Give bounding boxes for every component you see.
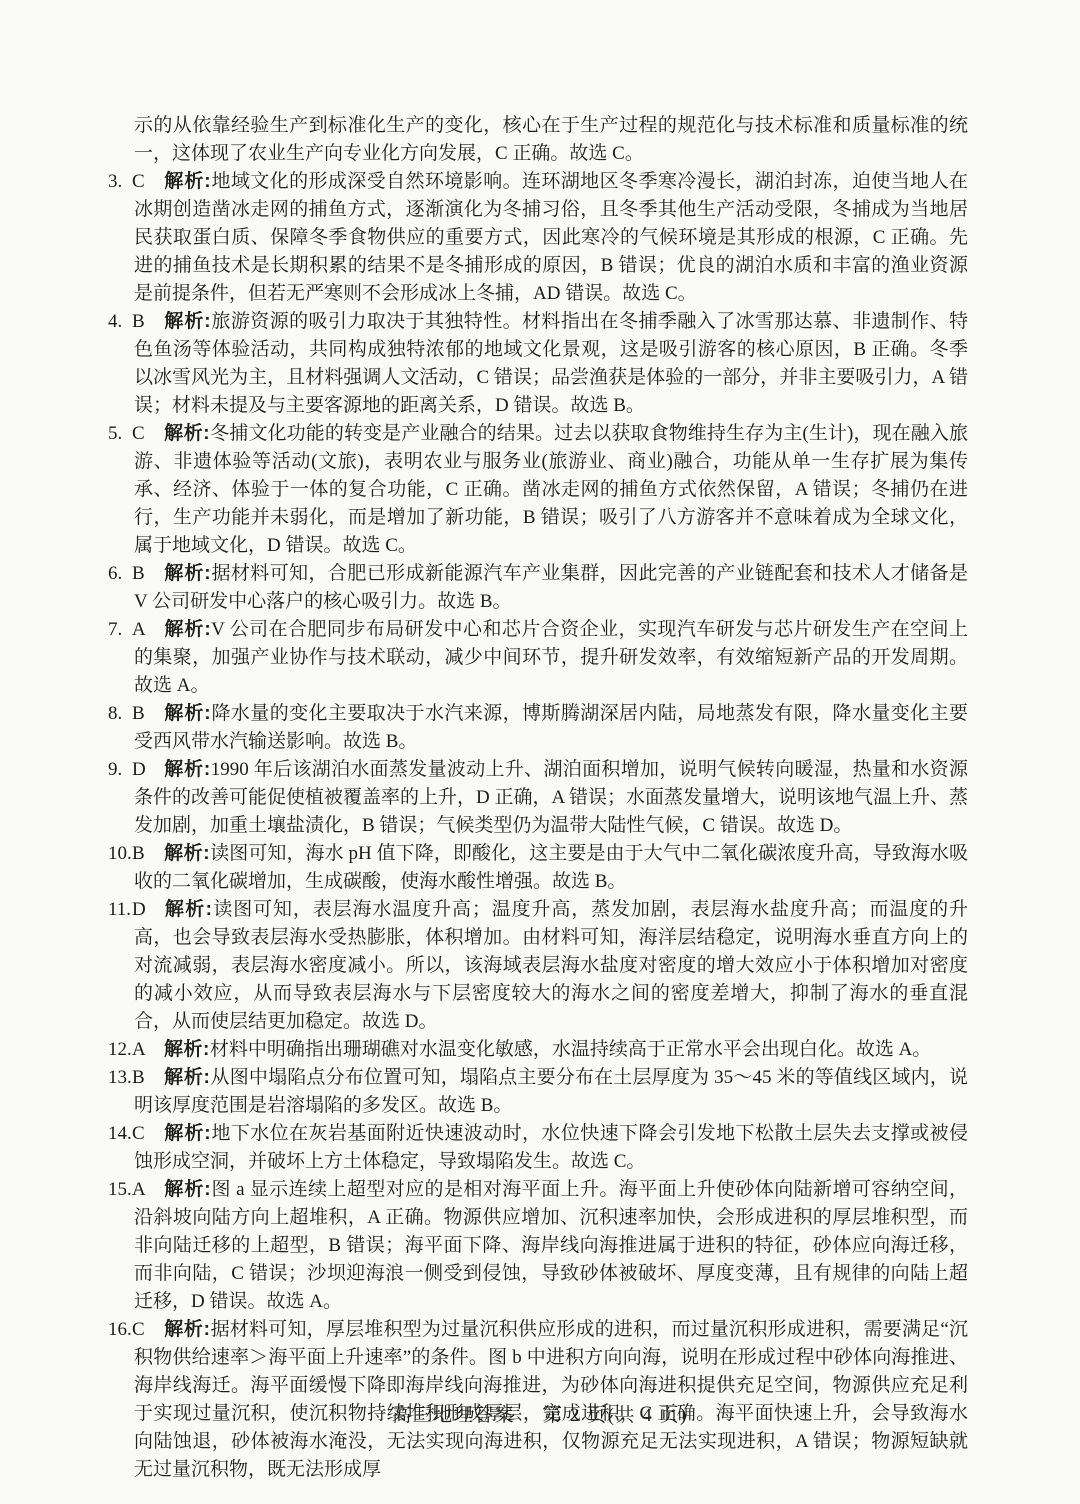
continuation-text: 示的从依靠经验生产到标准化生产的变化，核心在于生产过程的规范化与技术标准和质量标… — [134, 115, 968, 164]
answer-item-14: 14.C解析:地下水位在灰岩基面附近快速波动时，水位快速下降会引发地下松散土层失… — [108, 1120, 968, 1176]
answer-choice: A — [132, 616, 148, 644]
answer-item-6: 6.B解析:据材料可知，合肥已形成新能源汽车产业集群，因此完善的产业链配套和技术… — [108, 560, 968, 616]
item-number: 10. — [108, 840, 132, 868]
answer-item-4: 4.B解析:旅游资源的吸引力取决于其独特性。材料指出在冬捕季融入了冰雪那达慕、非… — [108, 308, 968, 420]
explanation-text: 材料中明确指出珊瑚礁对水温变化敏感，水温持续高于正常水平会出现白化。故选 A。 — [210, 1039, 931, 1060]
explanation-text: 读图可知，表层海水温度升高；温度升高，蒸发加剧，表层海水盐度升高；而温度的升高，… — [134, 899, 968, 1032]
answer-choice: B — [132, 1064, 148, 1092]
item-number: 16. — [108, 1316, 132, 1344]
analysis-label: 解析: — [164, 423, 210, 444]
analysis-label: 解析: — [164, 619, 211, 640]
answer-choice: C — [132, 420, 148, 448]
answer-choice: A — [132, 1036, 148, 1064]
answers-section: 示的从依靠经验生产到标准化生产的变化，核心在于生产过程的规范化与技术标准和质量标… — [108, 112, 968, 1484]
answer-choice: C — [132, 1120, 148, 1148]
answer-item-5: 5.C解析:冬捕文化功能的转变是产业融合的结果。过去以获取食物维持生存为主(生计… — [108, 420, 968, 560]
item-number: 12. — [108, 1036, 132, 1064]
answer-item-10: 10.B解析:读图可知，海水 pH 值下降，即酸化，这主要是由于大气中二氧化碳浓… — [108, 840, 968, 896]
item-number: 5. — [108, 420, 132, 448]
page-footer: 高三地理答案第 2 页(共 4 页) — [0, 1400, 1080, 1427]
analysis-label: 解析: — [164, 1067, 210, 1088]
answer-sheet-page: 示的从依靠经验生产到标准化生产的变化，核心在于生产过程的规范化与技术标准和质量标… — [0, 0, 1080, 1504]
answer-item-7: 7.A解析:V 公司在合肥同步布局研发中心和芯片合资企业，实现汽车研发与芯片研发… — [108, 616, 968, 700]
explanation-text: 冬捕文化功能的转变是产业融合的结果。过去以获取食物维持生存为主(生计)，现在融入… — [134, 423, 968, 556]
item-number: 3. — [108, 168, 132, 196]
answer-choice: B — [132, 700, 148, 728]
item-number: 4. — [108, 308, 132, 336]
analysis-label: 解析: — [164, 899, 212, 920]
analysis-label: 解析: — [164, 703, 211, 724]
answer-item-13: 13.B解析:从图中塌陷点分布位置可知，塌陷点主要分布在土层厚度为 35～45 … — [108, 1064, 968, 1120]
analysis-label: 解析: — [164, 1039, 210, 1060]
item-number: 13. — [108, 1064, 132, 1092]
footer-page-indicator: 第 2 页(共 4 页) — [543, 1405, 688, 1426]
explanation-text: 读图可知，海水 pH 值下降，即酸化，这主要是由于大气中二氧化碳浓度升高，导致海… — [134, 843, 968, 892]
analysis-label: 解析: — [164, 759, 211, 780]
answer-choice: B — [132, 560, 148, 588]
explanation-text: 降水量的变化主要取决于水汽来源，博斯腾湖深居内陆，局地蒸发有限，降水量变化主要受… — [134, 703, 968, 752]
item-number: 15. — [108, 1176, 132, 1204]
answer-choice: B — [132, 840, 148, 868]
answer-choice: B — [132, 308, 148, 336]
analysis-label: 解析: — [164, 171, 211, 192]
item-number: 8. — [108, 700, 132, 728]
analysis-label: 解析: — [164, 1123, 211, 1144]
item-number: 14. — [108, 1120, 132, 1148]
answer-choice: C — [132, 168, 148, 196]
analysis-label: 解析: — [164, 311, 211, 332]
answer-choice: D — [132, 896, 148, 924]
item-number: 7. — [108, 616, 132, 644]
answer-item-3: 3.C解析:地域文化的形成深受自然环境影响。连环湖地区冬季寒冷漫长，湖泊封冻，迫… — [108, 168, 968, 308]
explanation-text: 旅游资源的吸引力取决于其独特性。材料指出在冬捕季融入了冰雪那达慕、非遗制作、特色… — [134, 311, 968, 416]
analysis-label: 解析: — [164, 563, 211, 584]
explanation-text: 据材料可知，合肥已形成新能源汽车产业集群，因此完善的产业链配套和技术人才储备是 … — [134, 563, 968, 612]
explanation-text: 从图中塌陷点分布位置可知，塌陷点主要分布在土层厚度为 35～45 米的等值线区域… — [134, 1067, 968, 1116]
answer-item-15: 15.A解析:图 a 显示连续上超型对应的是相对海平面上升。海平面上升使砂体向陆… — [108, 1176, 968, 1316]
answer-item-11: 11.D解析:读图可知，表层海水温度升高；温度升高，蒸发加剧，表层海水盐度升高；… — [108, 896, 968, 1036]
explanation-text: V 公司在合肥同步布局研发中心和芯片合资企业，实现汽车研发与芯片研发生产在空间上… — [134, 619, 968, 696]
answer-choice: D — [132, 756, 148, 784]
analysis-label: 解析: — [164, 1319, 210, 1340]
answer-item-12: 12.A解析:材料中明确指出珊瑚礁对水温变化敏感，水温持续高于正常水平会出现白化… — [108, 1036, 968, 1064]
footer-doc-title: 高三地理答案 — [392, 1405, 515, 1426]
analysis-label: 解析: — [164, 843, 210, 864]
continuation-paragraph: 示的从依靠经验生产到标准化生产的变化，核心在于生产过程的规范化与技术标准和质量标… — [134, 112, 968, 168]
item-number: 6. — [108, 560, 132, 588]
explanation-text: 图 a 显示连续上超型对应的是相对海平面上升。海平面上升使砂体向陆新增可容纳空间… — [134, 1179, 968, 1312]
explanation-text: 1990 年后该湖泊水面蒸发量波动上升、湖泊面积增加，说明气候转向暖湿，热量和水… — [134, 759, 968, 836]
answer-choice: A — [132, 1176, 148, 1204]
answer-item-8: 8.B解析:降水量的变化主要取决于水汽来源，博斯腾湖深居内陆，局地蒸发有限，降水… — [108, 700, 968, 756]
answer-choice: C — [132, 1316, 148, 1344]
item-number: 11. — [108, 896, 132, 924]
explanation-text: 地域文化的形成深受自然环境影响。连环湖地区冬季寒冷漫长，湖泊封冻，迫使当地人在冰… — [134, 171, 968, 304]
answer-item-9: 9.D解析:1990 年后该湖泊水面蒸发量波动上升、湖泊面积增加，说明气候转向暖… — [108, 756, 968, 840]
item-number: 9. — [108, 756, 132, 784]
explanation-text: 地下水位在灰岩基面附近快速波动时，水位快速下降会引发地下松散土层失去支撑或被侵蚀… — [134, 1123, 968, 1172]
analysis-label: 解析: — [164, 1179, 211, 1200]
